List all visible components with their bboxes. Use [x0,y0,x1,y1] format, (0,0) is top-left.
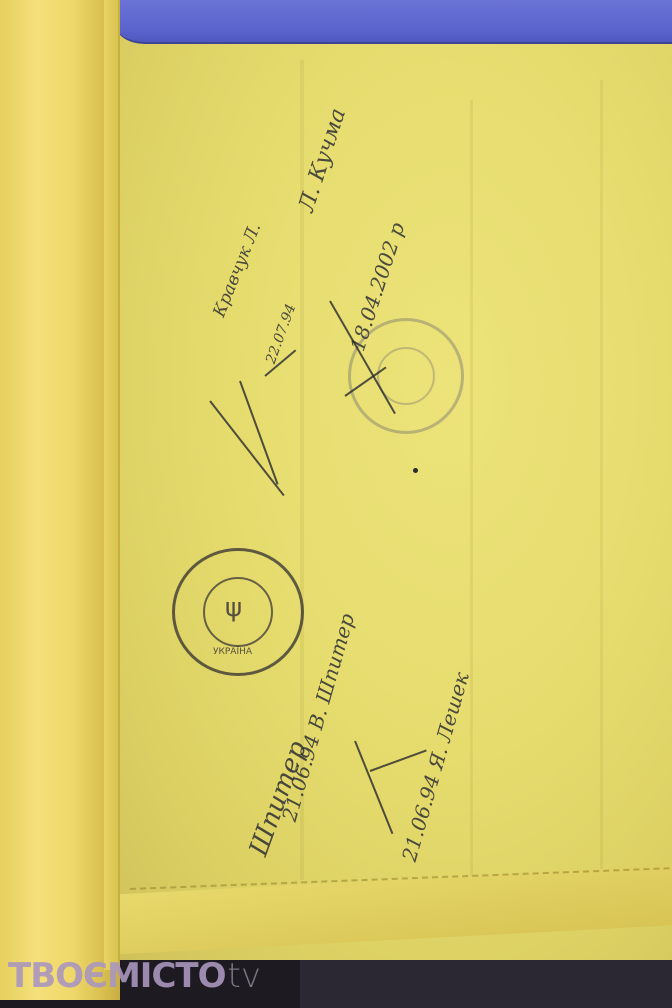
trident-icon: ψ [225,593,242,623]
official-stamp: ψ УКРАЇНА [172,548,304,676]
rolled-flag-fold [104,0,118,970]
rolled-flag-edge [0,0,120,1000]
flag-yellow-field [112,0,672,960]
watermark-suffix: tv [228,956,261,996]
fabric-fold [600,80,603,880]
watermark-logo: ТВОЄМІСТО tv [8,956,261,996]
stamp-text: УКРАЇНА [213,647,252,657]
watermark-brand: ТВОЄМІСТО [8,956,226,996]
faded-official-stamp [348,318,464,434]
ink-dot [413,468,418,473]
flag-blue-stripe [115,0,672,44]
fabric-fold [470,100,473,880]
signed-flag-photo: Л. Кучма 18.04.2002 р Кравчук Л. 22.07.9… [0,0,672,1008]
